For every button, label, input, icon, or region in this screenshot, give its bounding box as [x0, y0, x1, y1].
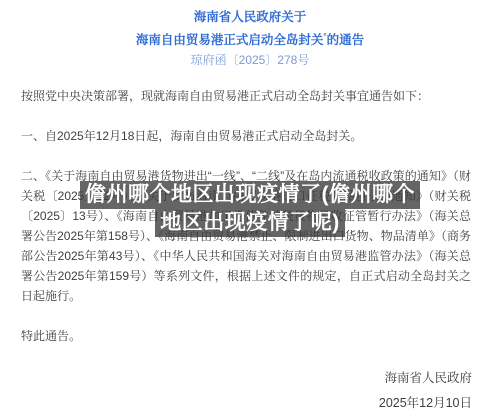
notice-title-line2: 海南自由贸易港正式启动全岛封关°的通告	[0, 27, 500, 50]
notice-title-line2-suffix: 的通告	[327, 33, 365, 47]
notice-title-line1: 海南省人民政府关于	[0, 7, 500, 27]
paragraph-intro: 按照党中央决策部署，现就海南自由贸易港正式启动全岛封关事宜通告如下：	[21, 86, 471, 106]
signature-block: 海南省人民政府 2025年12月10日	[0, 366, 500, 416]
paragraph-item-1: 一、自2025年12月18日起，海南自由贸易港正式启动全岛封关。	[21, 126, 471, 146]
paragraph-item-2: 二、《关于海南自由贸易港货物进出“一线”、“二线”及在岛内流通税收政策的通知》（…	[21, 166, 471, 306]
issuer-name: 海南省人民政府	[0, 366, 472, 391]
issue-date: 2025年12月10日	[0, 391, 472, 416]
notice-page: 海南省人民政府关于 海南自由贸易港正式启动全岛封关°的通告 琼府函〔2025〕2…	[0, 0, 500, 418]
doc-number: 琼府函〔2025〕278号	[0, 50, 500, 70]
notice-body: 按照党中央决策部署，现就海南自由贸易港正式启动全岛封关事宜通告如下： 一、自20…	[0, 70, 500, 346]
notice-title-line2-text: 海南自由贸易港正式启动全岛封关	[136, 33, 324, 47]
notice-header: 海南省人民政府关于 海南自由贸易港正式启动全岛封关°的通告 琼府函〔2025〕2…	[0, 0, 500, 70]
paragraph-closing: 特此通告。	[21, 326, 471, 346]
